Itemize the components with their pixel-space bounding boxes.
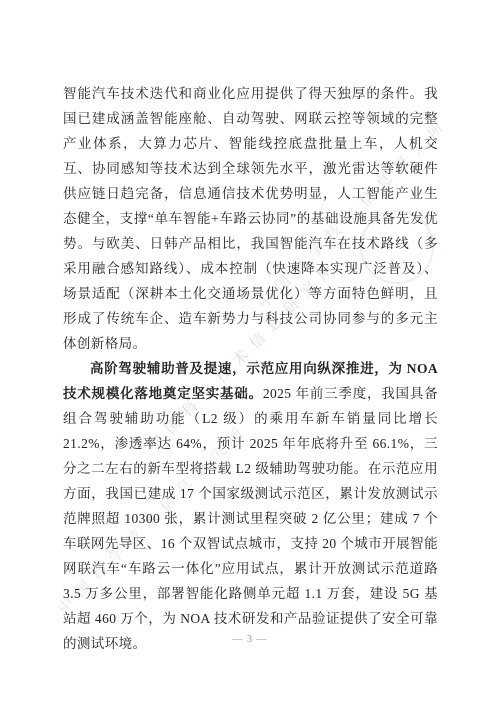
paragraph-2: 高阶驾驶辅助普及提速，示范应用向纵深推进，为 NOA 技术规模化落地奠定坚实基础… (63, 356, 438, 656)
paragraph-2-text: 2025 年前三季度，我国具备组合驾驶辅助功能（L2 级）的乘用车新车销量同比增… (63, 386, 438, 651)
paragraph-1-text: 智能汽车技术迭代和商业化应用提供了得天独厚的条件。我国已建成涵盖智能座舱、自动驾… (63, 86, 438, 351)
document-page: 中国科学技术信息研究所 中国科学技术信息研究所 中国科学技术信息研究所 智能汽车… (0, 0, 500, 707)
document-body: 智能汽车技术迭代和商业化应用提供了得天独厚的条件。我国已建成涵盖智能座舱、自动驾… (63, 81, 438, 656)
page-number: — 3 — (0, 634, 500, 645)
paragraph-1: 智能汽车技术迭代和商业化应用提供了得天独厚的条件。我国已建成涵盖智能座舱、自动驾… (63, 81, 438, 356)
